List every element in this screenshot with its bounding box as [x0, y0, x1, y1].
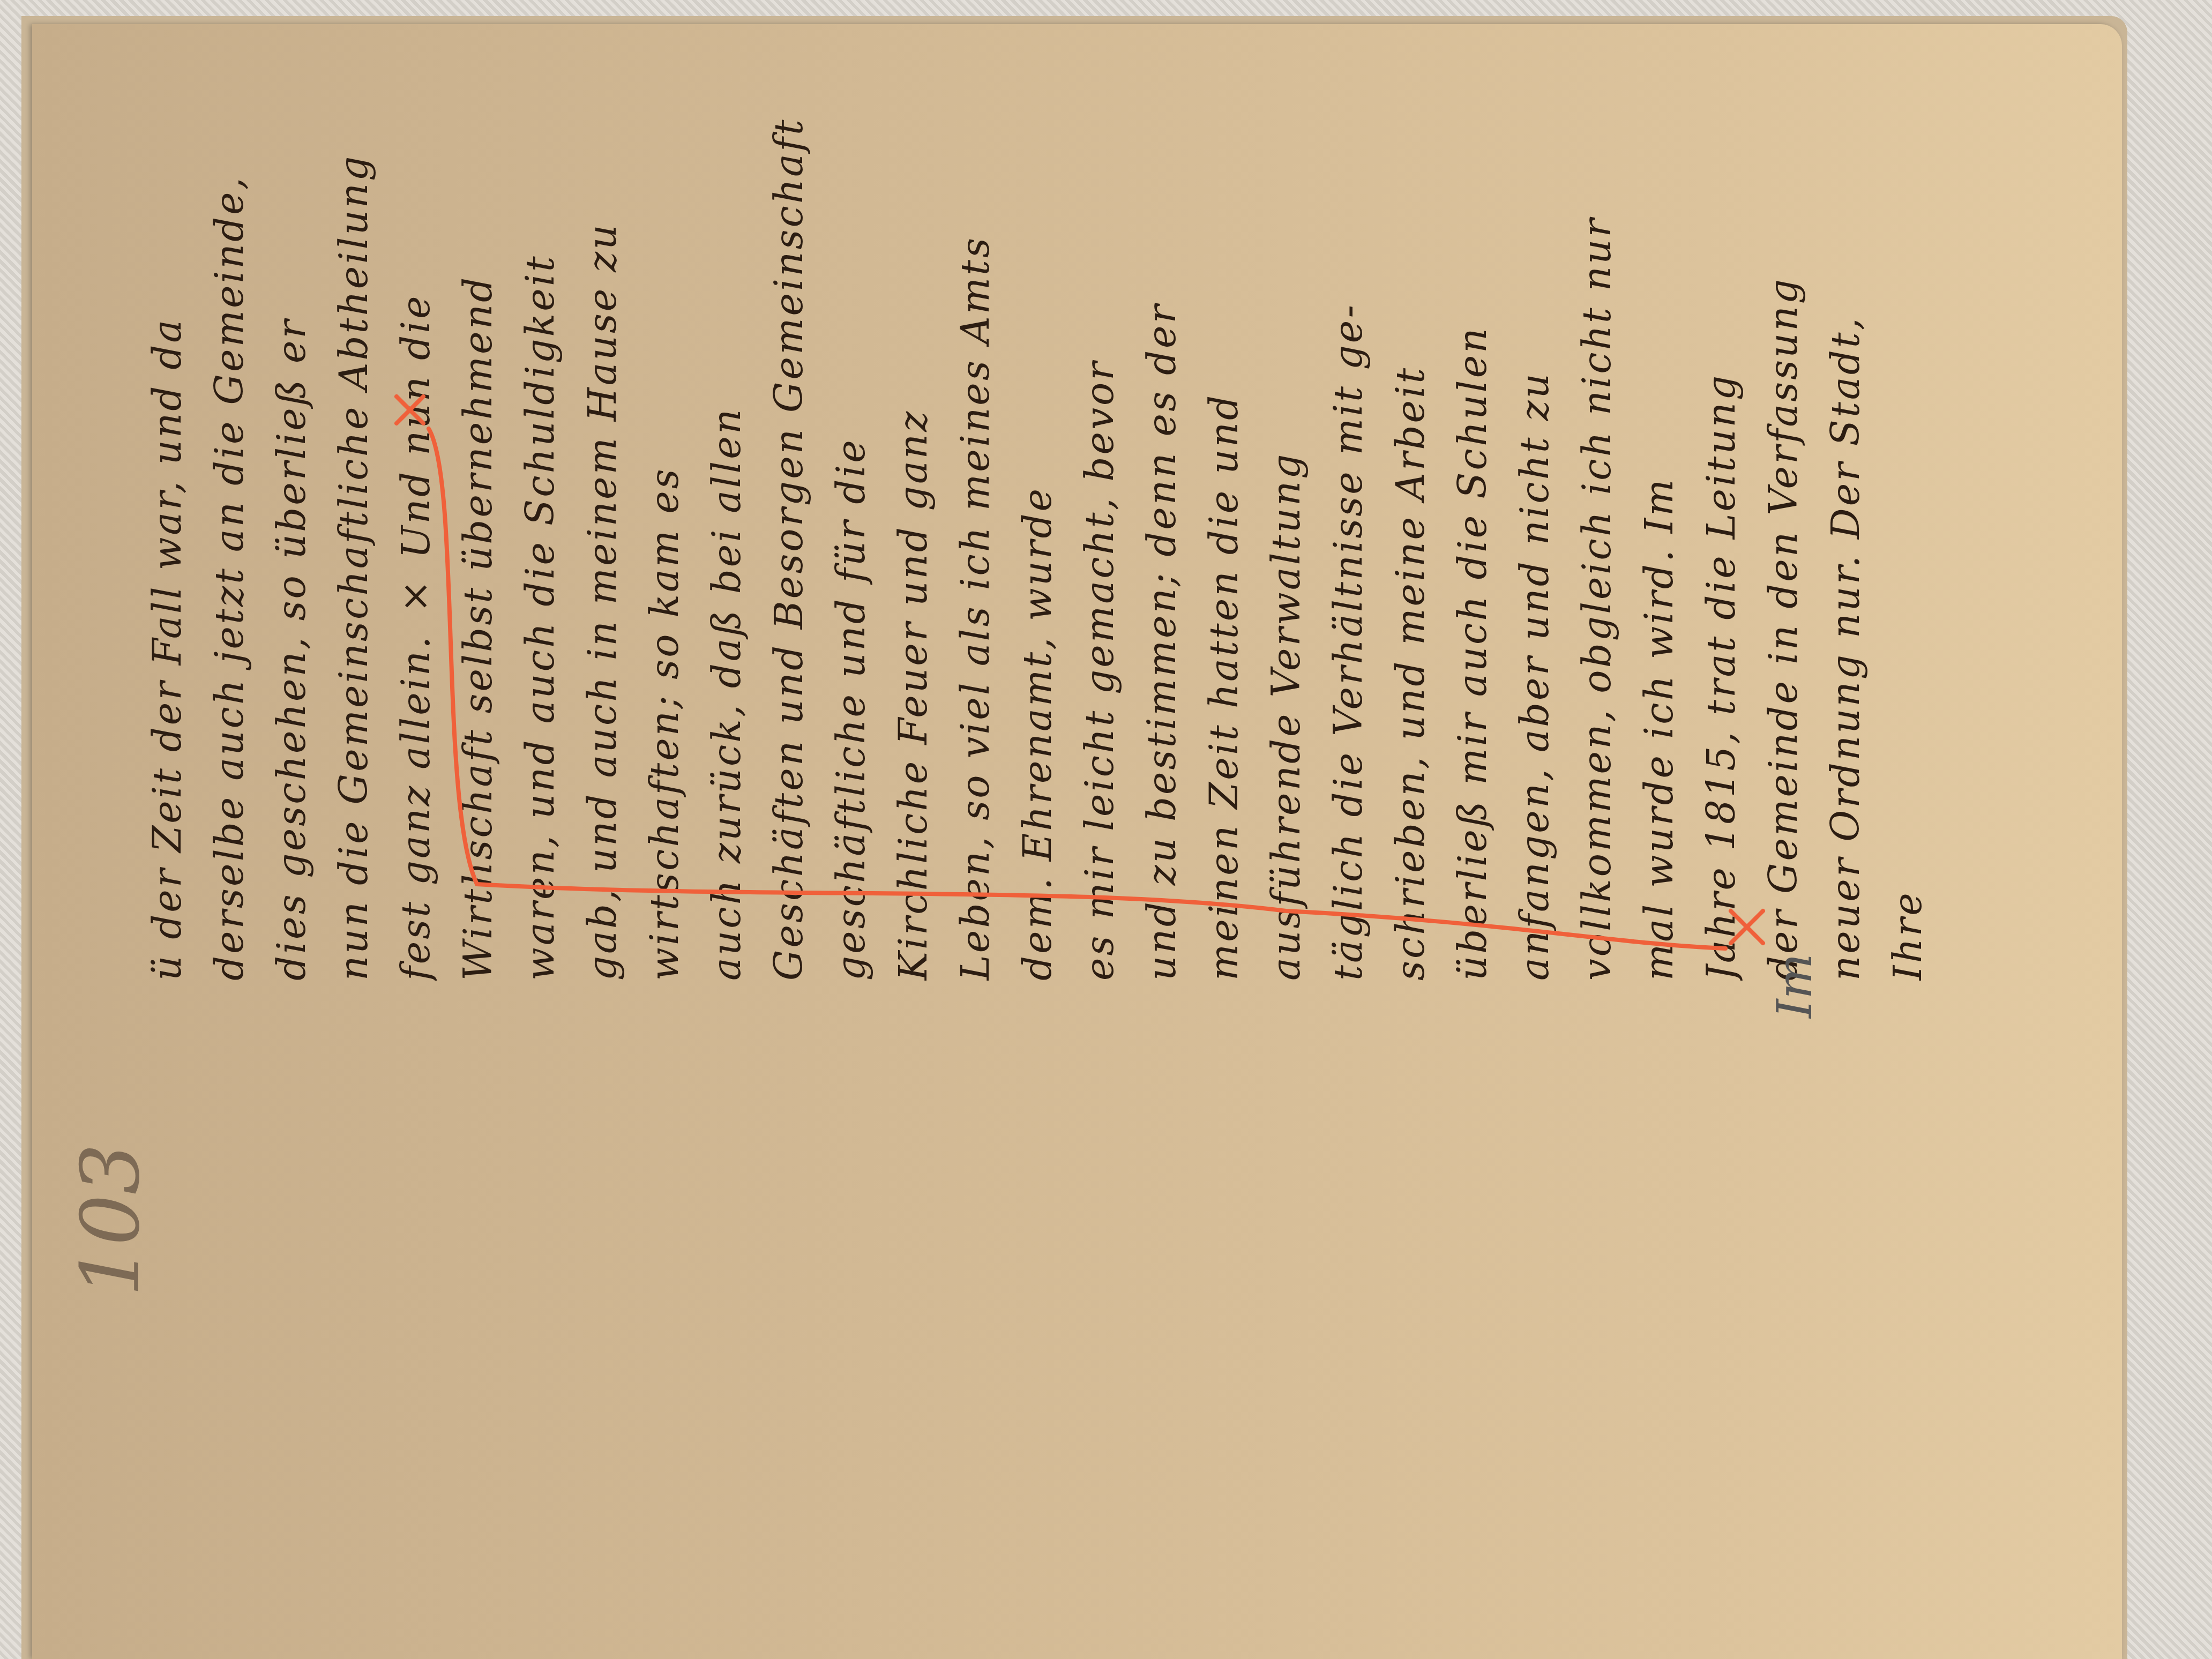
manuscript-line: dem. Ehrenamt, wurde: [1015, 43, 1074, 981]
manuscript-line: Ihre: [1885, 606, 1944, 981]
manuscript-line: geschäftliche und für die: [828, 43, 887, 981]
manuscript-line: anfangen, aber und nicht zu: [1512, 43, 1571, 981]
manuscript-line: gab, und auch in meinem Hause zu: [580, 43, 639, 981]
manuscript-line: derselbe auch jetzt an die Gemeinde,: [207, 43, 266, 981]
manuscript-line: schrieben, und meine Arbeit: [1388, 43, 1447, 981]
manuscript-line: nun die Gemeinschaftliche Abtheilung: [331, 43, 390, 981]
page-number: 103: [64, 1144, 158, 1297]
manuscript-line: ü der Zeit der Fall war, und da: [145, 43, 204, 981]
manuscript-line: überließ mir auch die Schulen: [1450, 43, 1509, 981]
manuscript-line: meinen Zeit hatten die und: [1201, 43, 1260, 981]
manuscript-line: fest ganz allein. × Und nun die: [393, 43, 452, 981]
manuscript-line: der Gemeinde in den Verfassung: [1761, 43, 1820, 981]
manuscript-line: Leben, so viel als ich meines Amts: [953, 43, 1012, 981]
manuscript-line: Wirthschaft selbst übernehmend: [455, 43, 514, 981]
manuscript-line: Geschäften und Besorgen Gemeinschaft: [766, 43, 825, 981]
manuscript-line: es mir leicht gemacht, bevor: [1077, 43, 1136, 981]
manuscript-line: mal wurde ich wird. Im: [1636, 43, 1695, 981]
manuscript-line: Kirchliche Feuer und ganz: [891, 43, 950, 981]
manuscript-line: ausführende Verwaltung: [1264, 43, 1322, 981]
manuscript-line: neuer Ordnung nur. Der Stadt,: [1823, 43, 1882, 981]
handwritten-text-block: ü der Zeit der Fall war, und daderselbe …: [123, 43, 2106, 1007]
manuscript-line: waren, und auch die Schuldigkeit: [518, 43, 577, 981]
manuscript-line: Jahre 1815, trat die Leitung: [1699, 43, 1758, 981]
manuscript-line: dies geschehen, so überließ er: [269, 43, 328, 981]
manuscript-line: täglich die Verhältnisse mit ge-: [1326, 43, 1385, 981]
manuscript-line: vollkommen, obgleich ich nicht nur: [1574, 43, 1633, 981]
manuscript-line: auch zurück, daß bei allen: [704, 43, 763, 981]
manuscript-line: und zu bestimmen; denn es der: [1139, 43, 1198, 981]
manuscript-line: wirtschaften; so kam es: [642, 43, 701, 981]
